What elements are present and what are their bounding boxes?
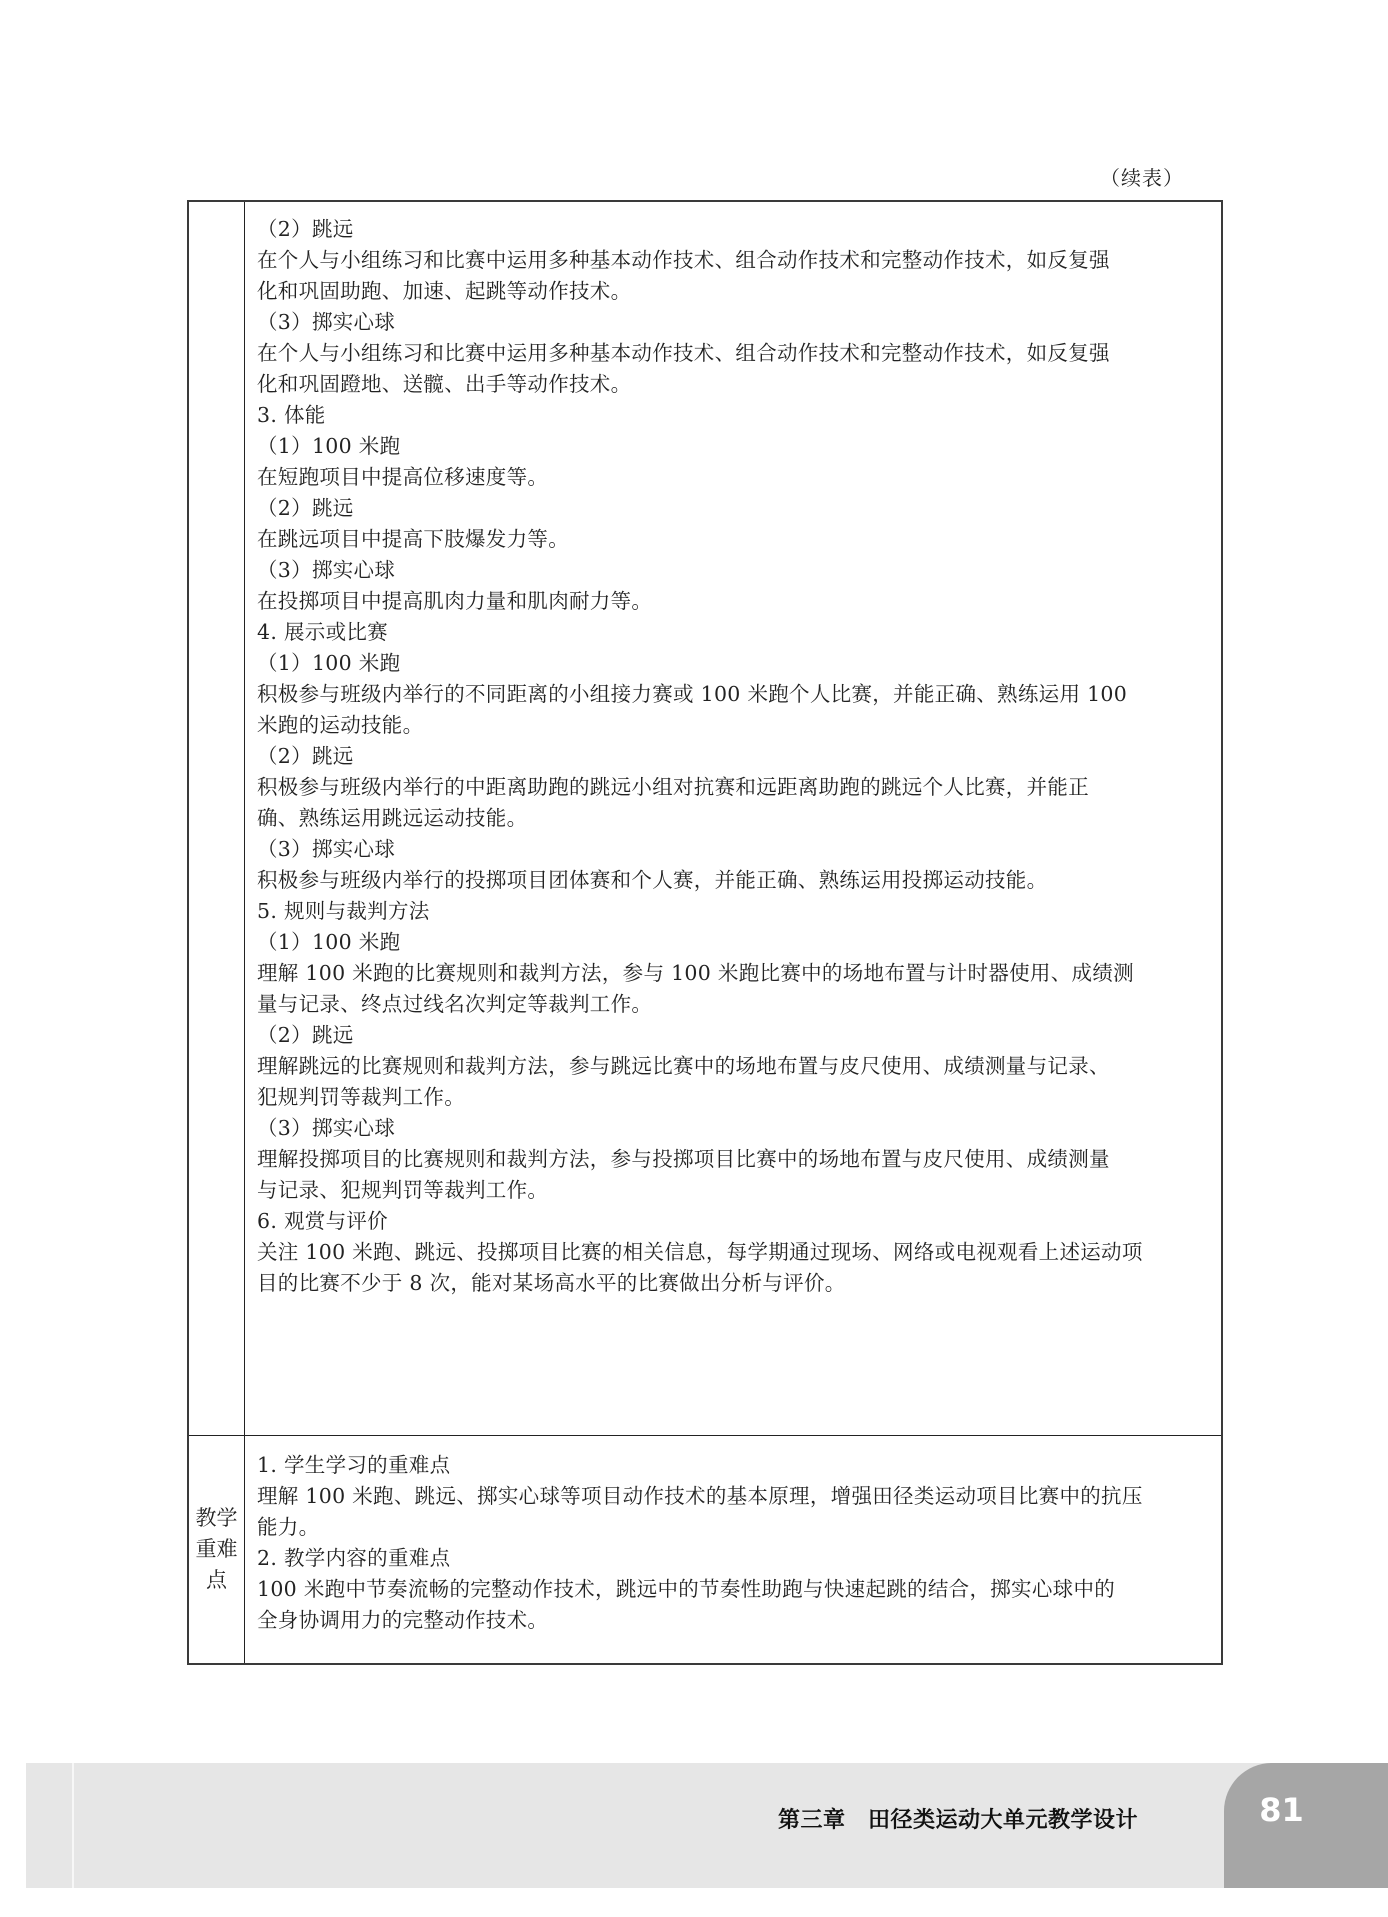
page-number-tab: 81 — [1224, 1763, 1388, 1888]
subsection-heading: （3）掷实心球 — [257, 307, 1209, 338]
subsection-heading: （2）跳远 — [257, 493, 1209, 524]
section-heading: 1. 学生学习的重难点 — [257, 1450, 1209, 1481]
chapter-title: 第三章 田径类运动大单元教学设计 — [778, 1803, 1138, 1834]
footer-band: 第三章 田径类运动大单元教学设计 — [26, 1763, 1388, 1888]
row-label-cell — [189, 202, 245, 1435]
subsection-heading: （2）跳远 — [257, 741, 1209, 772]
section-heading: 4. 展示或比赛 — [257, 617, 1209, 648]
paragraph-line: 确、熟练运用跳远运动技能。 — [257, 803, 1209, 834]
paragraph-line: 在短跑项目中提高位移速度等。 — [257, 462, 1209, 493]
subsection-heading: （1）100 米跑 — [257, 648, 1209, 679]
paragraph-line: 全身协调用力的完整动作技术。 — [257, 1605, 1209, 1636]
footer-strip — [72, 1763, 74, 1888]
paragraph-line: 理解跳远的比赛规则和裁判方法，参与跳远比赛中的场地布置与皮尺使用、成绩测量与记录… — [257, 1051, 1209, 1082]
subsection-heading: （3）掷实心球 — [257, 1113, 1209, 1144]
paragraph-line: 在投掷项目中提高肌肉力量和肌肉耐力等。 — [257, 586, 1209, 617]
section-heading: 2. 教学内容的重难点 — [257, 1543, 1209, 1574]
paragraph-line: 目的比赛不少于 8 次，能对某场高水平的比赛做出分析与评价。 — [257, 1268, 1209, 1299]
continued-table-label: （续表） — [1100, 162, 1222, 191]
paragraph-line: 犯规判罚等裁判工作。 — [257, 1082, 1209, 1113]
section-heading: 6. 观赏与评价 — [257, 1206, 1209, 1237]
paragraph-line: 积极参与班级内举行的中距离助跑的跳远小组对抗赛和远距离助跑的跳远个人比赛，并能正 — [257, 772, 1209, 803]
row-content-cell: 1. 学生学习的重难点理解 100 米跑、跳远、掷实心球等项目动作技术的基本原理… — [245, 1436, 1221, 1663]
paragraph-line: 量与记录、终点过线名次判定等裁判工作。 — [257, 989, 1209, 1020]
paragraph-line: 米跑的运动技能。 — [257, 710, 1209, 741]
teaching-design-table: （2）跳远在个人与小组练习和比赛中运用多种基本动作技术、组合动作技术和完整动作技… — [187, 200, 1223, 1665]
row-label-cell: 教学重难点 — [189, 1436, 245, 1663]
paragraph-line: 积极参与班级内举行的不同距离的小组接力赛或 100 米跑个人比赛，并能正确、熟练… — [257, 679, 1209, 710]
subsection-heading: （2）跳远 — [257, 1020, 1209, 1051]
paragraph-line: 与记录、犯规判罚等裁判工作。 — [257, 1175, 1209, 1206]
paragraph-line: 关注 100 米跑、跳远、投掷项目比赛的相关信息，每学期通过现场、网络或电视观看… — [257, 1237, 1209, 1268]
paragraph-line: 在个人与小组练习和比赛中运用多种基本动作技术、组合动作技术和完整动作技术，如反复… — [257, 338, 1209, 369]
paragraph-line: 化和巩固助跑、加速、起跳等动作技术。 — [257, 276, 1209, 307]
paragraph-line: 在跳远项目中提高下肢爆发力等。 — [257, 524, 1209, 555]
paragraph-line: 100 米跑中节奏流畅的完整动作技术，跳远中的节奏性助跑与快速起跳的结合，掷实心… — [257, 1574, 1209, 1605]
paragraph-line: 化和巩固蹬地、送髋、出手等动作技术。 — [257, 369, 1209, 400]
subsection-heading: （1）100 米跑 — [257, 431, 1209, 462]
section-heading: 3. 体能 — [257, 400, 1209, 431]
subsection-heading: （1）100 米跑 — [257, 927, 1209, 958]
paragraph-line: 能力。 — [257, 1512, 1209, 1543]
subsection-heading: （3）掷实心球 — [257, 555, 1209, 586]
paragraph-line: 在个人与小组练习和比赛中运用多种基本动作技术、组合动作技术和完整动作技术，如反复… — [257, 245, 1209, 276]
paragraph-line: 积极参与班级内举行的投掷项目团体赛和个人赛，并能正确、熟练运用投掷运动技能。 — [257, 865, 1209, 896]
table-row-key-difficulties: 教学重难点 1. 学生学习的重难点理解 100 米跑、跳远、掷实心球等项目动作技… — [189, 1435, 1221, 1663]
table-row-content: （2）跳远在个人与小组练习和比赛中运用多种基本动作技术、组合动作技术和完整动作技… — [189, 202, 1221, 1435]
paragraph-line: 理解 100 米跑的比赛规则和裁判方法，参与 100 米跑比赛中的场地布置与计时… — [257, 958, 1209, 989]
subsection-heading: （3）掷实心球 — [257, 834, 1209, 865]
subsection-heading: （2）跳远 — [257, 214, 1209, 245]
paragraph-line: 理解 100 米跑、跳远、掷实心球等项目动作技术的基本原理，增强田径类运动项目比… — [257, 1481, 1209, 1512]
row-label-key-difficulties: 教学重难点 — [194, 1503, 240, 1596]
paragraph-line: 理解投掷项目的比赛规则和裁判方法，参与投掷项目比赛中的场地布置与皮尺使用、成绩测… — [257, 1144, 1209, 1175]
section-heading: 5. 规则与裁判方法 — [257, 896, 1209, 927]
row-content-cell: （2）跳远在个人与小组练习和比赛中运用多种基本动作技术、组合动作技术和完整动作技… — [245, 202, 1221, 1435]
page-number: 81 — [1224, 1791, 1339, 1829]
